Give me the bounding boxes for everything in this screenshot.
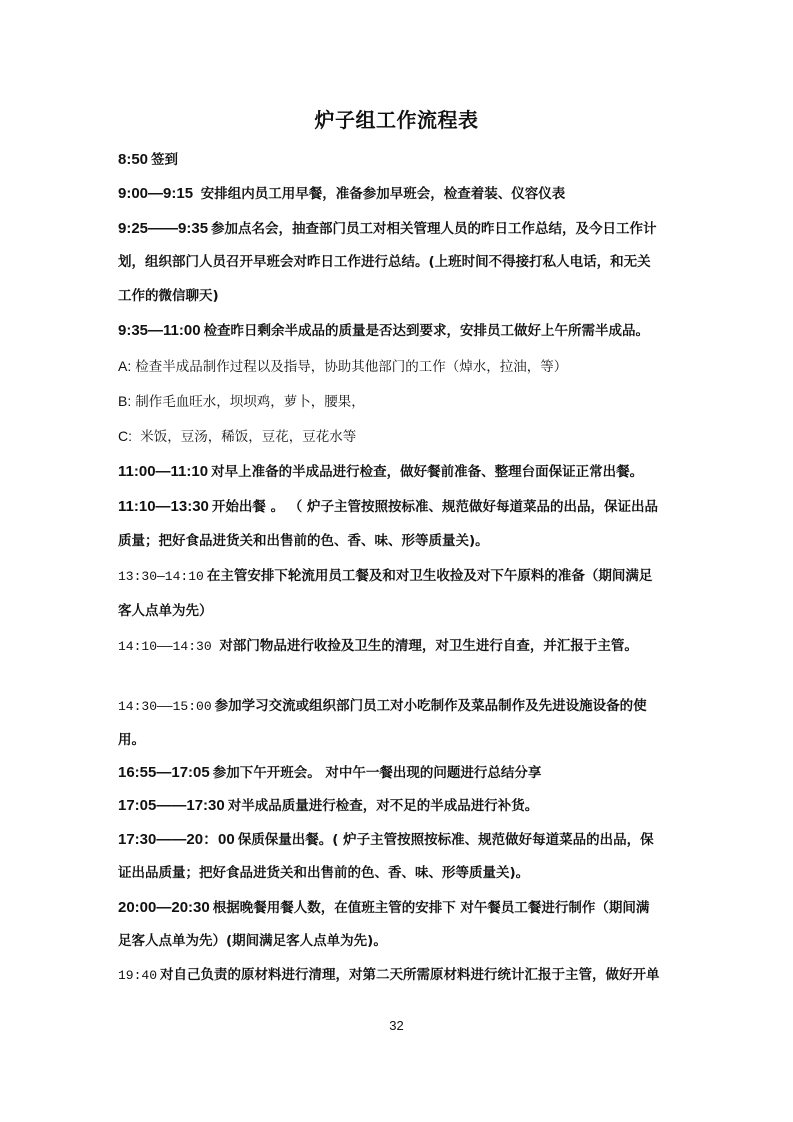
entry-inventory: 19:40对自己负责的原材料进行清理，对第二天所需原材料进行统计汇报于主管，做好… — [118, 967, 688, 984]
subitem-b: B:制作毛血旺水，坝坝鸡，萝卜，腰果， — [118, 393, 688, 411]
entry-text: 划，组织部门人员召开早班会对昨日工作进行总结。(上班时间不得接打私人电话，和无关 — [118, 254, 651, 270]
entry-text: 对早上准备的半成品进行检查，做好餐前准备、整理台面保证正常出餐。 — [211, 464, 643, 480]
entry-text: 在主管安排下轮流用员工餐及和对卫生收捡及对下午原料的准备（期间满足 — [207, 568, 653, 584]
entry-text: 对自己负责的原材料进行清理，对第二天所需原材料进行统计汇报于主管，做好开单 — [160, 967, 660, 983]
entry-staff-meal: 13:30—14:10在主管安排下轮流用员工餐及和对卫生收捡及对下午原料的准备（… — [118, 568, 688, 585]
subitem-label: A: — [118, 358, 131, 374]
entry-text: 参加下午开班会。 对中午一餐出现的问题进行总结分享 — [213, 765, 542, 781]
entry-text: 对半成品质量进行检查，对不足的半成品进行补货。 — [228, 798, 539, 814]
entry-text: 检查半成品制作过程以及指导，协助其他部门的工作（焯水，拉油，等） — [135, 359, 567, 375]
entry-time: 11:10—13:30 — [118, 498, 209, 515]
document-page: 炉子组工作流程表 8:50签到 9:00—9:15 安排组内员工用早餐，准备参加… — [0, 0, 793, 1122]
entry-text: 制作毛血旺水，坝坝鸡，萝卜，腰果， — [135, 394, 365, 410]
page-title: 炉子组工作流程表 — [0, 104, 793, 133]
entry-time: 14:30——15:00 — [118, 699, 212, 714]
entry-restock: 17:05——17:30对半成品质量进行检查，对不足的半成品进行补货。 — [118, 797, 688, 815]
subitem-label: C: — [118, 428, 132, 444]
entry-continuation: 足客人点单为先）(期间满足客人点单为先)。 — [118, 933, 688, 950]
subitem-a: A:检查半成品制作过程以及指导，协助其他部门的工作（焯水，拉油，等） — [118, 358, 688, 376]
page-number: 32 — [0, 1018, 793, 1033]
entry-roll-call: 9:25——9:35参加点名会，抽查部门员工对相关管理人员的昨日工作总结，及今日… — [118, 220, 688, 238]
entry-text: 开始出餐 。 （ 炉子主管按照按标准、规范做好每道菜品的出品，保证出品 — [212, 499, 658, 515]
entry-text: 证出品质量；把好食品进货关和出售前的色、香、味、形等质量关)。 — [118, 865, 529, 881]
entry-time: 13:30—14:10 — [118, 569, 204, 584]
entry-text: 检查昨日剩余半成品的质量是否达到要求，安排员工做好上午所需半成品。 — [204, 323, 650, 339]
entry-continuation: 用。 — [118, 732, 688, 749]
entry-time: 9:00—9:15 — [118, 185, 193, 202]
entry-breakfast: 9:00—9:15 安排组内员工用早餐，准备参加早班会，检查着装、仪容仪表 — [118, 185, 688, 203]
entry-time: 14:10——14:30 — [118, 639, 212, 654]
entry-semi-finished-check: 9:35—11:00检查昨日剩余半成品的质量是否达到要求，安排员工做好上午所需半… — [118, 322, 688, 340]
entry-time: 17:05——17:30 — [118, 797, 225, 814]
entry-text: 保质保量出餐。( 炉子主管按照按标准、规范做好每道菜品的出品，保 — [238, 832, 654, 848]
entry-dinner-service: 17:30——20：00保质保量出餐。( 炉子主管按照按标准、规范做好每道菜品的… — [118, 831, 688, 849]
entry-continuation: 划，组织部门人员召开早班会对昨日工作进行总结。(上班时间不得接打私人电话，和无关 — [118, 254, 688, 271]
entry-time: 9:35—11:00 — [118, 322, 201, 339]
entry-continuation: 工作的微信聊天) — [118, 288, 688, 305]
entry-pre-service: 11:00—11:10对早上准备的半成品进行检查，做好餐前准备、整理台面保证正常… — [118, 463, 688, 481]
entry-afternoon-meeting: 16:55—17:05参加下午开班会。 对中午一餐出现的问题进行总结分享 — [118, 764, 688, 782]
entry-text: 用。 — [118, 732, 145, 748]
subitem-c: C: 米饭，豆汤，稀饭，豆花，豆花水等 — [118, 428, 688, 446]
entry-sign-in: 8:50签到 — [118, 151, 688, 169]
entry-lunch-service: 11:10—13:30开始出餐 。 （ 炉子主管按照按标准、规范做好每道菜品的出… — [118, 498, 688, 516]
entry-text: 对部门物品进行收捡及卫生的清理，对卫生进行自查，并汇报于主管。 — [215, 638, 638, 654]
entry-cleanup: 14:10——14:30 对部门物品进行收捡及卫生的清理，对卫生进行自查，并汇报… — [118, 638, 688, 655]
entry-text: 安排组内员工用早餐，准备参加早班会，检查着装、仪容仪表 — [196, 186, 565, 202]
entry-time: 11:00—11:10 — [118, 463, 208, 480]
entry-training: 14:30——15:00参加学习交流或组织部门员工对小吃制作及菜品制作及先进设施… — [118, 698, 688, 715]
entry-text: 客人点单为先） — [118, 603, 213, 619]
subitem-label: B: — [118, 393, 131, 409]
entry-text: 参加学习交流或组织部门员工对小吃制作及菜品制作及先进设施设备的使 — [215, 698, 647, 714]
entry-text: 根据晚餐用餐人数，在值班主管的安排下 对午餐员工餐进行制作（期间满 — [213, 900, 650, 916]
entry-time: 9:25——9:35 — [118, 220, 208, 237]
entry-text: 足客人点单为先）(期间满足客人点单为先)。 — [118, 933, 387, 949]
entry-text: 质量；把好食品进货关和出售前的色、香、味、形等质量关)。 — [118, 533, 489, 549]
entry-continuation: 客人点单为先） — [118, 603, 688, 620]
entry-time: 20:00—20:30 — [118, 899, 210, 916]
entry-text: 参加点名会，抽查部门员工对相关管理人员的昨日工作总结，及今日工作计 — [211, 221, 657, 237]
entry-time: 17:30——20：00 — [118, 831, 235, 848]
entry-continuation: 证出品质量；把好食品进货关和出售前的色、香、味、形等质量关)。 — [118, 865, 688, 882]
entry-staff-dinner: 20:00—20:30根据晚餐用餐人数，在值班主管的安排下 对午餐员工餐进行制作… — [118, 899, 688, 917]
entry-time: 16:55—17:05 — [118, 764, 210, 781]
entry-text: 工作的微信聊天) — [118, 288, 219, 304]
entry-continuation: 质量；把好食品进货关和出售前的色、香、味、形等质量关)。 — [118, 533, 688, 550]
entry-time: 19:40 — [118, 968, 157, 983]
entry-text: 米饭，豆汤，稀饭，豆花，豆花水等 — [136, 429, 356, 445]
entry-text: 签到 — [151, 152, 178, 168]
entry-time: 8:50 — [118, 151, 148, 168]
